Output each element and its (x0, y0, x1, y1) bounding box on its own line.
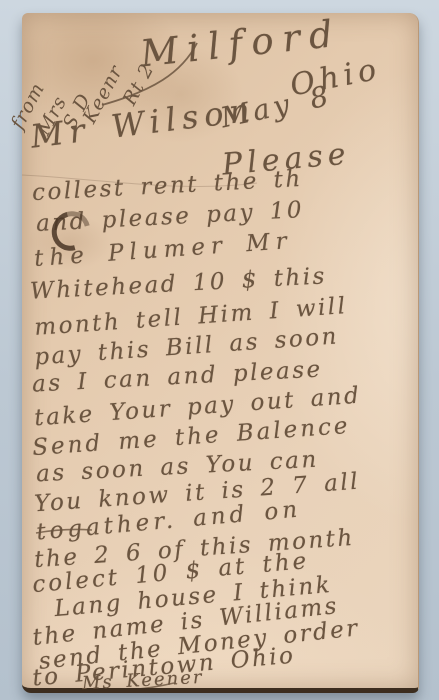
signature: Ms Keener (82, 669, 204, 693)
postcard-photo: { "colors": { "photo_background": "#bcc8… (0, 0, 439, 700)
postcard: from Mrs S D Keenr Rt 2 Milford Ohio May… (22, 13, 419, 693)
